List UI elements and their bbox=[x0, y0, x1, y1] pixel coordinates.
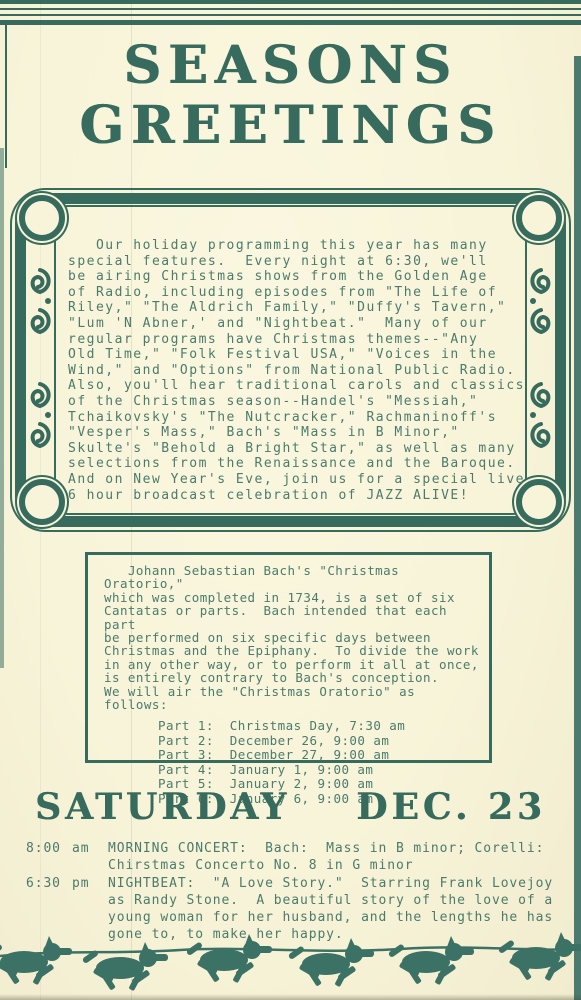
day-heading: SATURDAY DEC. 23 bbox=[0, 786, 581, 828]
top-border-band bbox=[0, 0, 581, 4]
page-bottom-shadow bbox=[0, 994, 581, 1000]
page-title: SEASONS GREETINGS bbox=[0, 36, 581, 156]
entry-description: MORNING CONCERT: Bach: Mass in B minor; … bbox=[108, 840, 567, 874]
christmas-oratorio-box: Johann Sebastian Bach's "Christmas Orato… bbox=[85, 552, 492, 763]
sled-dog-icon bbox=[388, 936, 474, 985]
page-edge-shadow bbox=[0, 148, 4, 668]
page-title-line2: GREETINGS bbox=[0, 96, 581, 156]
top-border-band bbox=[0, 20, 581, 25]
sled-dog-icon bbox=[0, 936, 72, 985]
corner-medallion-icon bbox=[19, 479, 65, 525]
entry-meridiem: pm bbox=[72, 875, 108, 892]
day-date: DEC. 23 bbox=[356, 786, 546, 828]
oratorio-part: Part 3: December 27, 9:00 am bbox=[158, 748, 489, 763]
scroll-ornament-icon bbox=[26, 266, 54, 340]
oratorio-part: Part 1: Christmas Day, 7:30 am bbox=[158, 719, 489, 734]
sled-dog-icon bbox=[186, 934, 272, 983]
top-border-line bbox=[0, 8, 581, 10]
entry-time: 6:30 bbox=[26, 875, 72, 892]
entry-meridiem: am bbox=[72, 840, 108, 857]
oratorio-description-text: Johann Sebastian Bach's "Christmas Orato… bbox=[104, 564, 483, 711]
scroll-ornament-icon bbox=[527, 266, 555, 340]
sled-dog-icon bbox=[82, 942, 168, 991]
corner-medallion-icon bbox=[19, 195, 65, 241]
sled-dog-team-illustration bbox=[0, 920, 581, 998]
page-edge-shadow bbox=[574, 56, 581, 1000]
sled-dog-icon bbox=[498, 932, 581, 981]
scroll-ornament-strip bbox=[25, 246, 55, 474]
day-name: SATURDAY bbox=[35, 786, 290, 828]
scroll-ornament-strip bbox=[526, 246, 556, 474]
oratorio-part: Part 2: December 26, 9:00 am bbox=[158, 734, 489, 749]
page-title-line1: SEASONS bbox=[0, 36, 581, 96]
scroll-ornament-icon bbox=[26, 380, 54, 454]
sled-dog-icon bbox=[288, 938, 374, 987]
scroll-ornament-icon bbox=[527, 380, 555, 454]
schedule-entry: 8:00 am MORNING CONCERT: Bach: Mass in B… bbox=[26, 840, 567, 874]
corner-medallion-icon bbox=[516, 195, 562, 241]
top-border-line bbox=[0, 14, 581, 16]
entry-time: 8:00 bbox=[26, 840, 72, 857]
oratorio-part: Part 4: January 1, 9:00 am bbox=[158, 763, 489, 778]
holiday-announcement-frame: Our holiday programming this year has ma… bbox=[10, 188, 571, 532]
program-guide-page: SEASONS GREETINGS bbox=[0, 0, 581, 1000]
holiday-programming-text: Our holiday programming this year has ma… bbox=[68, 238, 527, 503]
